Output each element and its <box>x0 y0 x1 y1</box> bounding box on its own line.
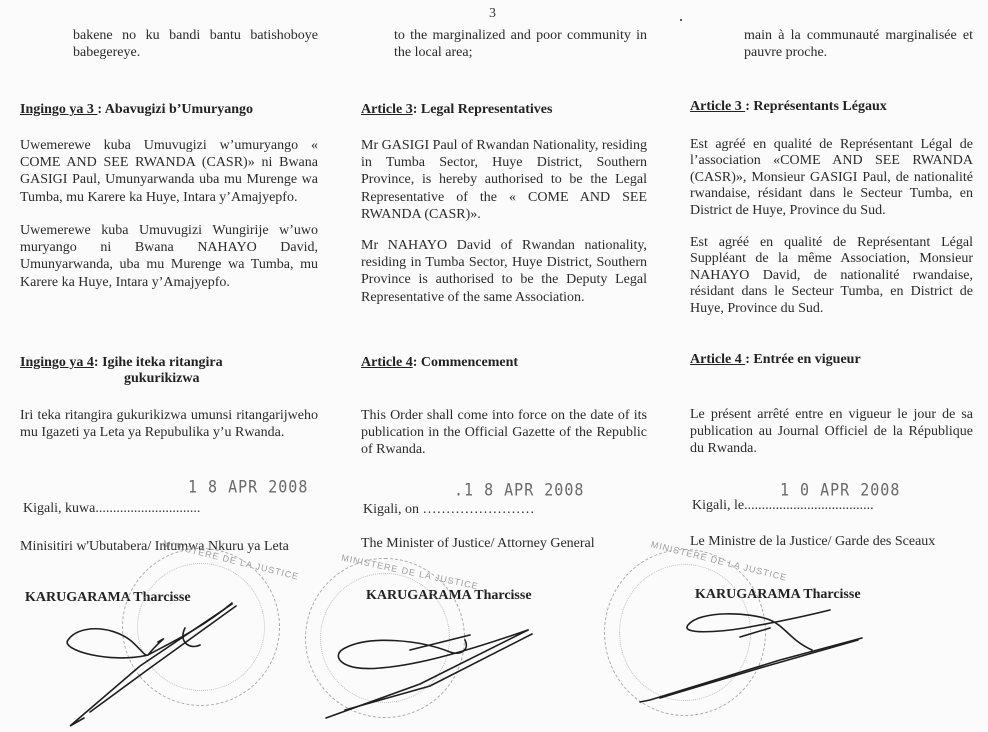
signature-french <box>687 610 830 650</box>
signature-scribbles <box>0 0 988 732</box>
signature-english <box>338 630 528 669</box>
signature-kinyarwanda <box>67 603 232 658</box>
document-page: 3 bakene no ku bandi bantu batishoboye b… <box>0 0 988 732</box>
